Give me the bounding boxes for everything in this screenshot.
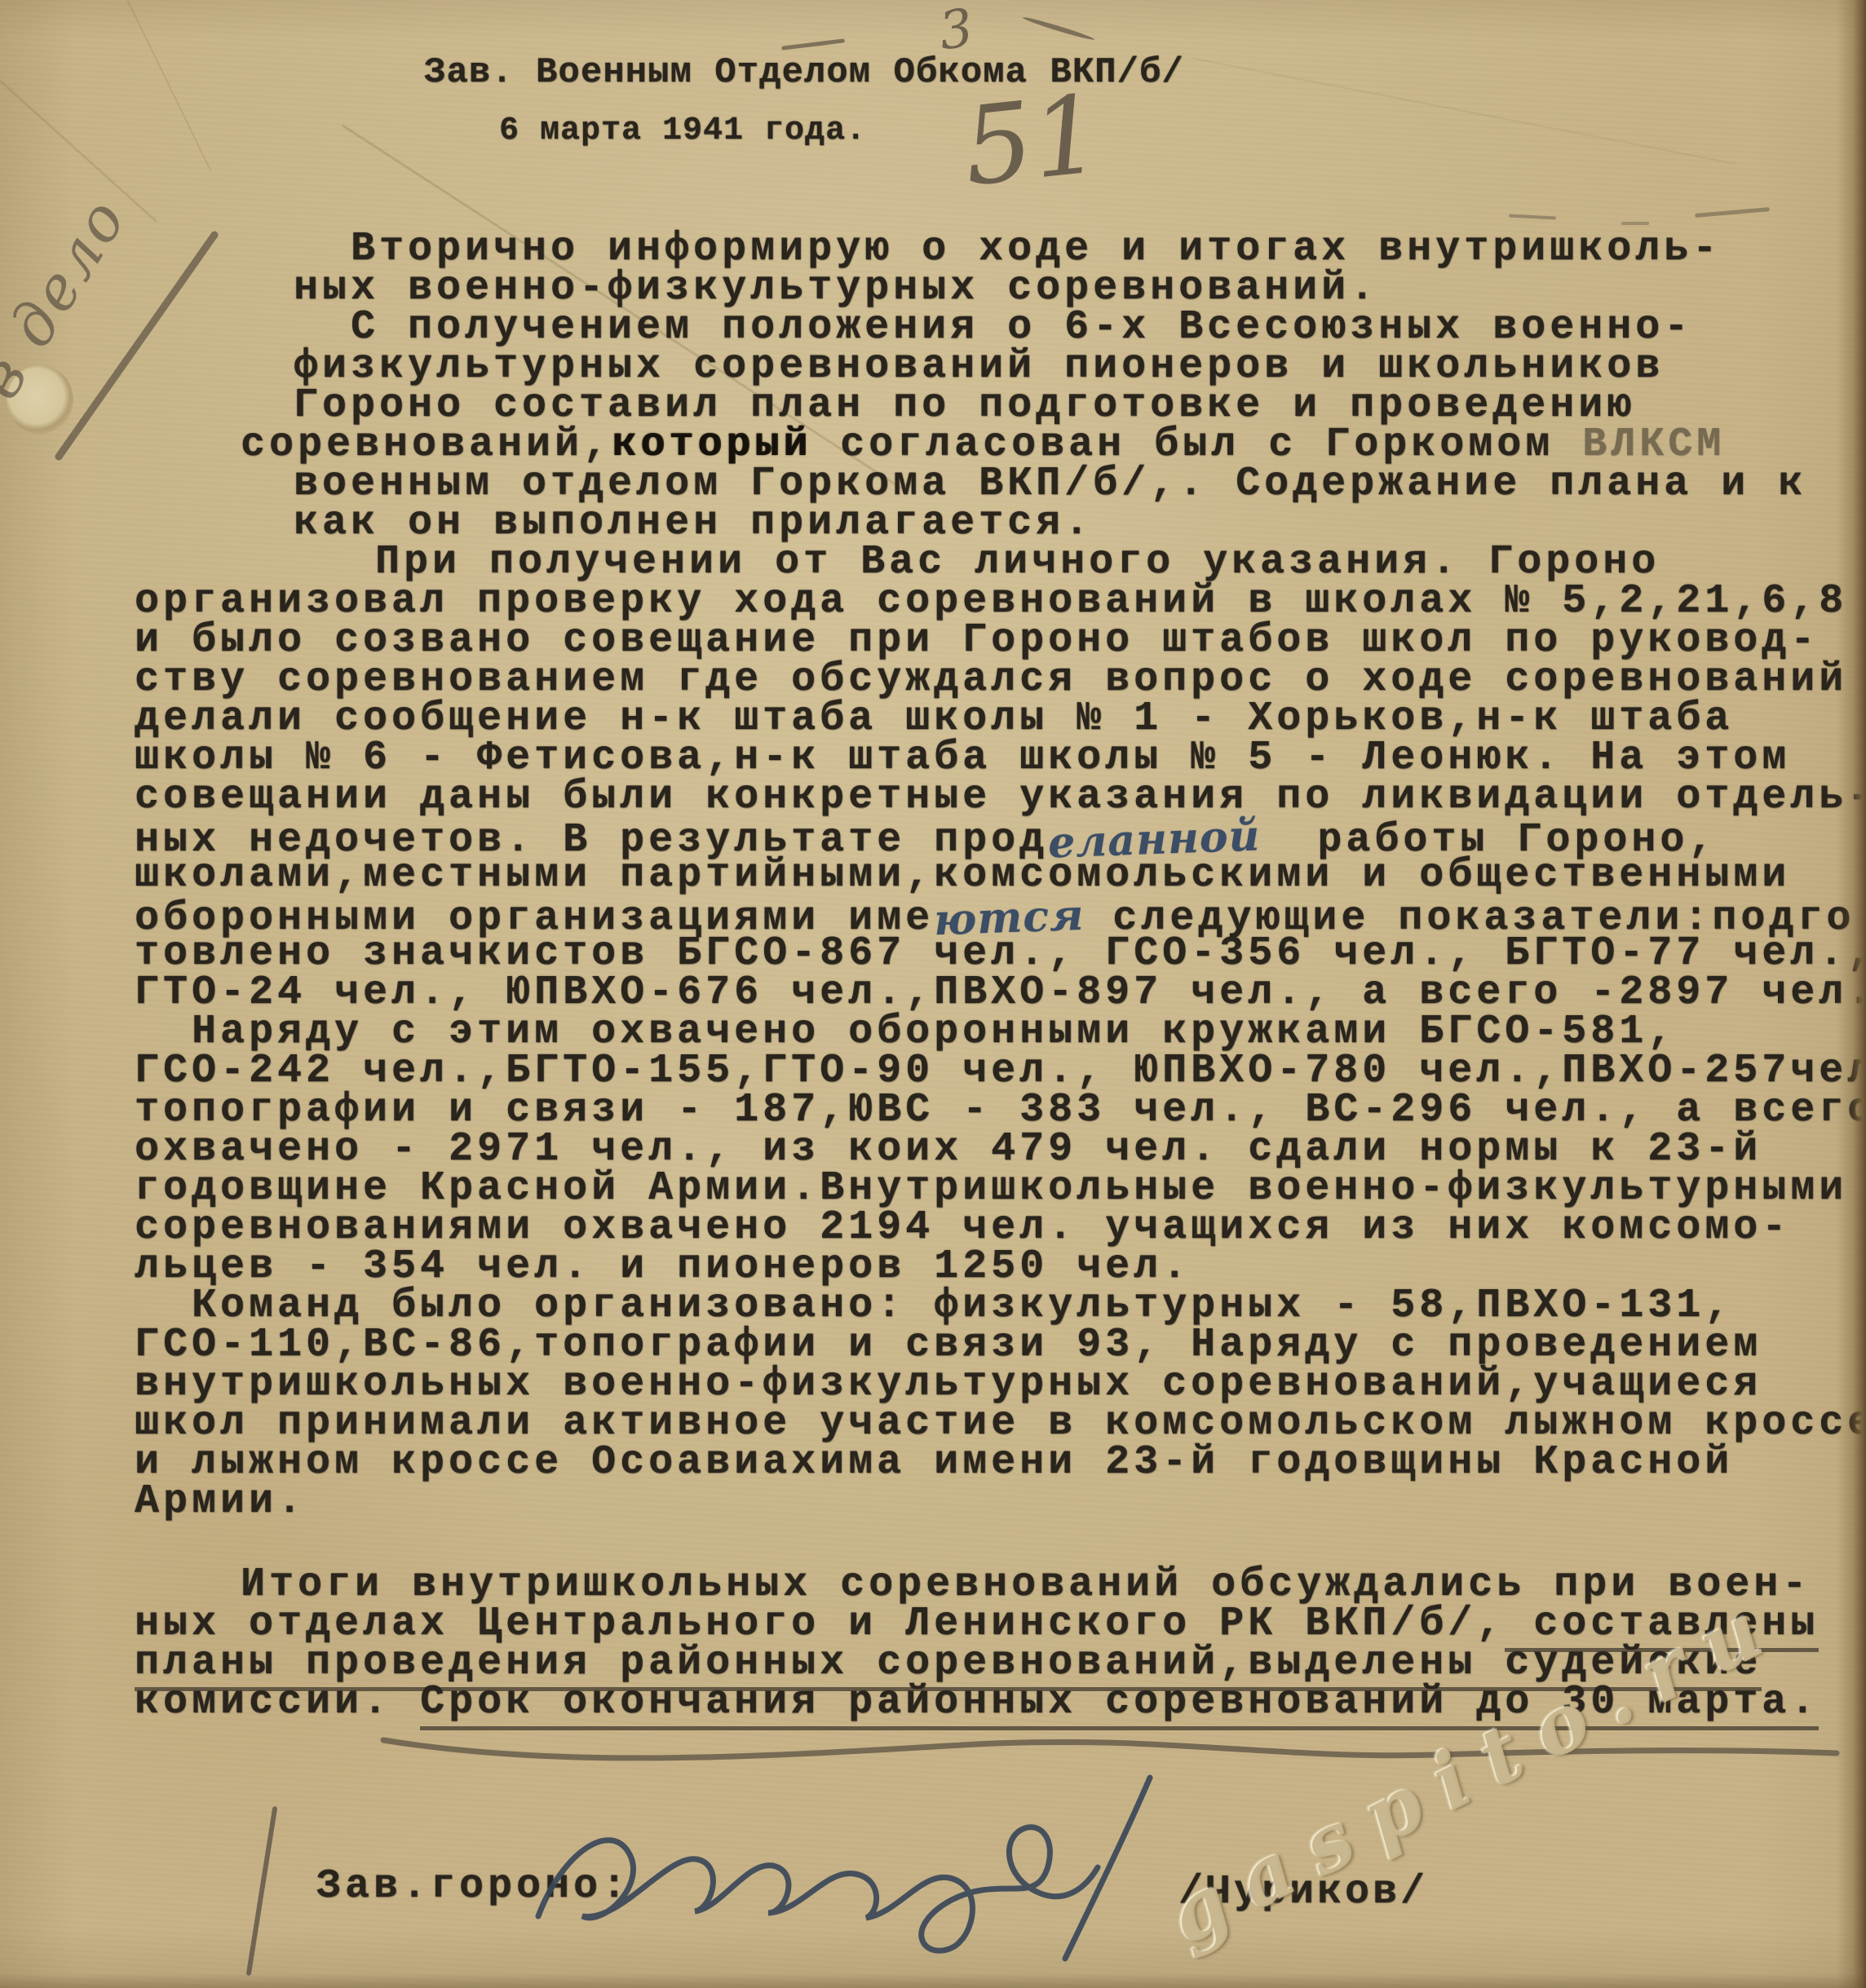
typed-line: соревнований,который согласован был с Го… xyxy=(0,426,1866,465)
typed-line: ных военно-физкультурных соревнований. xyxy=(0,269,1866,308)
handwritten-ink-correction: еланной xyxy=(1048,816,1262,863)
typed-line: физкультурных соревнований пионеров и шк… xyxy=(0,347,1866,387)
typed-body: Вторично информирую о ходе и итогах внут… xyxy=(0,230,1866,1722)
typed-line: соревнованиями охвачено 2194 чел. учащих… xyxy=(0,1208,1866,1248)
typed-line: Вторично информирую о ходе и итогах внут… xyxy=(0,230,1866,269)
typed-line: оборонными организациями имеются следующ… xyxy=(0,895,1866,934)
typed-text: и лыжном кроссе Осоавиахима имени 23-й г… xyxy=(135,1439,1733,1486)
typed-line: Наряду с этим охвачено оборонными кружка… xyxy=(0,1013,1866,1052)
typed-line: топографии и связи - 187,ЮВС - 383 чел.,… xyxy=(0,1091,1866,1130)
typed-line: военным отделом Горкома ВКП/б/,. Содержа… xyxy=(0,465,1866,504)
pencil-dash xyxy=(1022,15,1095,42)
scanned-document-page: 3 51 в дело Зав. Военным Отделом Обкома … xyxy=(0,0,1866,1988)
typed-line: и лыжном кроссе Осоавиахима имени 23-й г… xyxy=(0,1443,1866,1482)
page-right-edge-shadow xyxy=(1837,0,1866,1988)
typed-line: внутришкольных военно-физкультурных соре… xyxy=(0,1365,1866,1404)
pencil-dash xyxy=(1621,222,1649,225)
typed-line: школами,местными партийными,комсомольски… xyxy=(0,856,1866,895)
typed-line: товлено значкистов БГСО-867 чел., ГСО-35… xyxy=(0,934,1866,974)
typed-line: С получением положения о 6-х Всесоюзных … xyxy=(0,308,1866,347)
typed-line: организовал проверку хода соревнований в… xyxy=(0,582,1866,621)
typed-line: школ принимали активное участие в комсом… xyxy=(0,1404,1866,1443)
typed-line: ГСО-110,ВС-86,топографии и связи 93, Нар… xyxy=(0,1326,1866,1365)
typed-line: ству соревнованием где обсуждался вопрос… xyxy=(0,660,1866,700)
page-bottom-edge-shadow xyxy=(0,1973,1866,1988)
typed-line: совещании даны были конкретные указания … xyxy=(0,778,1866,817)
typed-line: При получении от Вас личного указания. Г… xyxy=(0,543,1866,582)
handwritten-ink-correction: ются xyxy=(933,896,1085,940)
typed-line: ГСО-242 чел.,БГТО-155,ГТО-90 чел., ЮПВХО… xyxy=(0,1052,1866,1091)
addressee-line: Зав. Военным Отделом Обкома ВКП/б/ xyxy=(424,52,1184,93)
typed-text: Армии. xyxy=(135,1478,306,1525)
date-line: 6 марта 1941 года. xyxy=(499,113,866,149)
typed-line: школы № 6 - Фетисова,н-к штаба школы № 5… xyxy=(0,739,1866,778)
typed-line: ных отделах Центрального и Ленинского РК… xyxy=(0,1605,1866,1644)
signature-ink xyxy=(506,1745,1223,1988)
typed-line: годовщине Красной Армии.Внутришкольные в… xyxy=(0,1169,1866,1208)
typed-line: ных недочетов. В результате проделанной … xyxy=(0,817,1866,856)
paper-crease xyxy=(1191,57,1736,165)
pencil-dash xyxy=(1509,214,1556,219)
typed-line: делали сообщение н-к штаба школы № 1 - Х… xyxy=(0,700,1866,739)
pencil-slash xyxy=(246,1806,278,1976)
typed-line: ГТО-24 чел., ЮПВХО-676 чел.,ПВХО-897 чел… xyxy=(0,974,1866,1013)
typed-line: Армии. xyxy=(0,1482,1866,1522)
typed-text: ВЛКСМ xyxy=(1582,422,1725,468)
typed-line: как он выполнен прилагается. xyxy=(0,504,1866,543)
typed-line: Команд было организовано: физкультурных … xyxy=(0,1287,1866,1326)
typed-text: школами,местными партийными,комсомольски… xyxy=(135,852,1790,899)
typed-line: Итоги внутришкольных соревнований обсужд… xyxy=(0,1566,1866,1605)
typed-line: охвачено - 2971 чел., из коих 479 чел. с… xyxy=(0,1130,1866,1169)
typed-line: льцев - 354 чел. и пионеров 1250 чел. xyxy=(0,1248,1866,1287)
typed-line: Гороно составил план по подготовке и про… xyxy=(0,387,1866,426)
typed-text: совещании даны были конкретные указания … xyxy=(135,774,1866,820)
typed-line: и было созвано совещание при Гороно штаб… xyxy=(0,621,1866,660)
pencil-dash xyxy=(781,38,845,50)
pencil-dash xyxy=(1695,207,1770,218)
